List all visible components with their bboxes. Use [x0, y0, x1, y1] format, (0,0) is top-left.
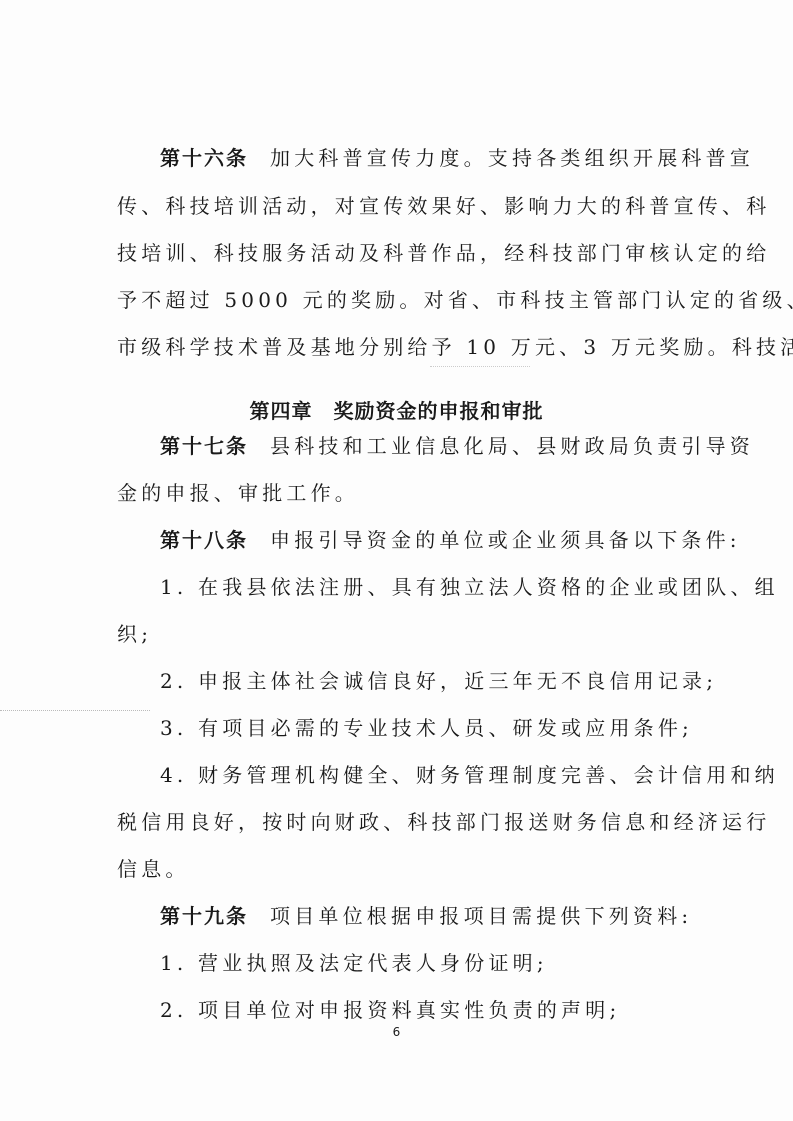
- article-18-item-1-cont: 织;: [117, 620, 152, 648]
- article-18-label: 第十八条: [160, 528, 248, 552]
- article-19-line-1: 第十九条项目单位根据申报项目需提供下列资料:: [160, 902, 692, 930]
- article-16-line-5: 市级科学技术普及基地分别给予 10 万元、3 万元奖励。科技活: [117, 333, 793, 361]
- article-16-line-4: 予不超过 5000 元的奖励。对省、市科技主管部门认定的省级、: [117, 286, 793, 314]
- chapter-title: 第四章 奖励资金的申报和审批: [0, 395, 793, 424]
- article-16-label: 第十六条: [160, 146, 248, 170]
- article-17-label: 第十七条: [160, 434, 248, 458]
- article-18-item-2: 2. 申报主体社会诚信良好，近三年无不良信用记录;: [160, 667, 717, 695]
- article-18-item-1: 1. 在我县依法注册、具有独立法人资格的企业或团队、组: [160, 573, 779, 601]
- article-18-line-1: 第十八条申报引导资金的单位或企业须具备以下条件:: [160, 526, 741, 554]
- article-16-line-1: 第十六条加大科普宣传力度。支持各类组织开展科普宣: [160, 144, 754, 172]
- article-16-line-2: 传、科技培训活动，对宣传效果好、影响力大的科普宣传、科: [117, 192, 770, 220]
- article-18-item-4: 4. 财务管理机构健全、财务管理制度完善、会计信用和纳: [160, 761, 779, 789]
- page-number: 6: [0, 1025, 793, 1039]
- article-19-item-1: 1. 营业执照及法定代表人身份证明;: [160, 949, 548, 977]
- article-17-line-2: 金的申报、审批工作。: [117, 479, 359, 507]
- article-18-item-3: 3. 有项目必需的专业技术人员、研发或应用条件;: [160, 714, 693, 742]
- article-18-item-4-cont: 税信用良好，按时向财政、科技部门报送财务信息和经济运行: [117, 808, 770, 836]
- scan-artifact: [0, 710, 150, 711]
- article-19-item-2: 2. 项目单位对申报资料真实性负责的声明;: [160, 996, 620, 1024]
- document-page: 第十六条加大科普宣传力度。支持各类组织开展科普宣 传、科技培训活动，对宣传效果好…: [0, 0, 793, 1121]
- article-16-line-3: 技培训、科技服务活动及科普作品，经科技部门审核认定的给: [117, 239, 770, 267]
- article-17-line-1: 第十七条县科技和工业信息化局、县财政局负责引导资: [160, 432, 754, 460]
- article-18-item-4-cont2: 信息。: [117, 855, 190, 883]
- scan-artifact: [430, 366, 530, 367]
- article-19-label: 第十九条: [160, 904, 248, 928]
